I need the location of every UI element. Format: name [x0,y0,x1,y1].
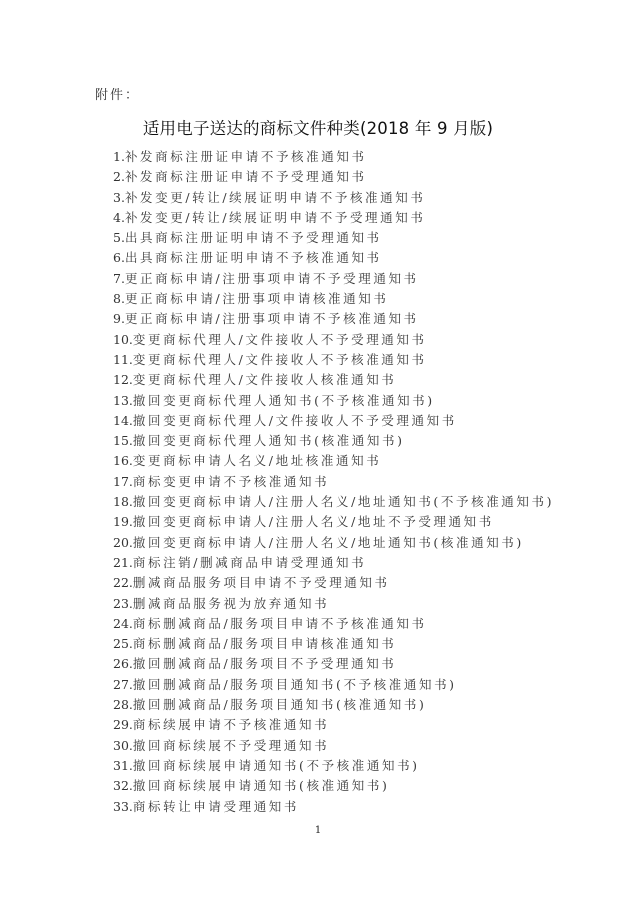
list-item: 27.撤回删减商品/服务项目通知书(不予核准通知书) [113,675,554,695]
item-number: 26. [113,656,133,671]
list-item: 2.补发商标注册证申请不予受理通知书 [113,167,554,187]
list-item: 5.出具商标注册证明申请不予受理通知书 [113,228,554,248]
list-item: 20.撤回变更商标申请人/注册人名义/地址通知书(核准通知书) [113,533,554,553]
item-text: 补发商标注册证申请不予核准通知书 [125,149,367,164]
item-text: 撤回变更商标代理人通知书(核准通知书) [133,433,405,448]
item-text: 撤回变更商标申请人/注册人名义/地址通知书(核准通知书) [133,535,524,550]
item-number: 17. [113,474,133,489]
item-number: 2. [113,169,125,184]
item-text: 删减商品服务项目申请不予受理通知书 [133,575,390,590]
list-item: 22.删减商品服务项目申请不予受理通知书 [113,573,554,593]
item-text: 撤回删减商品/服务项目通知书(不予核准通知书) [133,677,457,692]
item-text: 更正商标申请/注册事项申请核准通知书 [125,291,389,306]
item-text: 撤回变更商标申请人/注册人名义/地址通知书(不予核准通知书) [133,494,554,509]
item-number: 6. [113,250,125,265]
item-number: 11. [113,352,133,367]
item-text: 商标删减商品/服务项目申请核准通知书 [133,636,397,651]
item-number: 4. [113,210,125,225]
page-number: 1 [0,825,636,836]
item-number: 19. [113,514,133,529]
list-item: 7.更正商标申请/注册事项申请不予受理通知书 [113,269,554,289]
list-item: 17.商标变更申请不予核准通知书 [113,472,554,492]
item-number: 22. [113,575,133,590]
item-text: 撤回商标续展不予受理通知书 [133,738,329,753]
item-text: 撤回变更商标代理人/文件接收人不予受理通知书 [133,413,457,428]
item-text: 撤回商标续展申请通知书(核准通知书) [133,778,390,793]
item-number: 33. [113,799,133,814]
item-text: 删减商品服务视为放弃通知书 [133,596,329,611]
item-number: 15. [113,433,133,448]
item-number: 30. [113,738,133,753]
list-item: 19.撤回变更商标申请人/注册人名义/地址不予受理通知书 [113,512,554,532]
list-item: 1.补发商标注册证申请不予核准通知书 [113,147,554,167]
item-text: 补发变更/转让/续展证明申请不予受理通知书 [125,210,426,225]
list-item: 9.更正商标申请/注册事项申请不予核准通知书 [113,309,554,329]
item-text: 撤回变更商标代理人通知书(不予核准通知书) [133,393,435,408]
list-item: 16.变更商标申请人名义/地址核准通知书 [113,451,554,471]
item-text: 商标变更申请不予核准通知书 [133,474,329,489]
item-number: 9. [113,311,125,326]
item-text: 更正商标申请/注册事项申请不予核准通知书 [125,311,419,326]
list-item: 33.商标转让申请受理通知书 [113,797,554,817]
item-number: 10. [113,332,133,347]
item-text: 补发变更/转让/续展证明申请不予核准通知书 [125,190,426,205]
list-item: 11.变更商标代理人/文件接收人不予核准通知书 [113,350,554,370]
item-number: 27. [113,677,133,692]
list-item: 18.撤回变更商标申请人/注册人名义/地址通知书(不予核准通知书) [113,492,554,512]
item-text: 撤回删减商品/服务项目不予受理通知书 [133,656,397,671]
list-item: 23.删减商品服务视为放弃通知书 [113,594,554,614]
item-text: 商标删减商品/服务项目申请不予核准通知书 [133,616,427,631]
list-item: 10.变更商标代理人/文件接收人不予受理通知书 [113,330,554,350]
list-item: 6.出具商标注册证明申请不予核准通知书 [113,248,554,268]
item-number: 29. [113,717,133,732]
attachment-label: 附件： [95,84,140,103]
list-item: 8.更正商标申请/注册事项申请核准通知书 [113,289,554,309]
item-number: 23. [113,596,133,611]
item-number: 25. [113,636,133,651]
item-number: 20. [113,535,133,550]
item-text: 出具商标注册证明申请不予受理通知书 [125,230,382,245]
list-item: 21.商标注销/删减商品申请受理通知书 [113,553,554,573]
item-number: 16. [113,453,133,468]
item-number: 1. [113,149,125,164]
document-type-list: 1.补发商标注册证申请不予核准通知书 2.补发商标注册证申请不予受理通知书 3.… [113,147,554,817]
list-item: 3.补发变更/转让/续展证明申请不予核准通知书 [113,188,554,208]
item-text: 商标转让申请受理通知书 [133,799,299,814]
item-text: 变更商标申请人名义/地址核准通知书 [133,453,381,468]
item-number: 14. [113,413,133,428]
item-text: 商标注销/删减商品申请受理通知书 [133,555,366,570]
list-item: 25.商标删减商品/服务项目申请核准通知书 [113,634,554,654]
item-text: 变更商标代理人/文件接收人不予核准通知书 [133,352,427,367]
item-number: 24. [113,616,133,631]
list-item: 29.商标续展申请不予核准通知书 [113,715,554,735]
item-text: 商标续展申请不予核准通知书 [133,717,329,732]
list-item: 30.撤回商标续展不予受理通知书 [113,736,554,756]
list-item: 15.撤回变更商标代理人通知书(核准通知书) [113,431,554,451]
item-number: 28. [113,697,133,712]
list-item: 32.撤回商标续展申请通知书(核准通知书) [113,776,554,796]
item-number: 7. [113,271,125,286]
item-number: 18. [113,494,133,509]
list-item: 24.商标删减商品/服务项目申请不予核准通知书 [113,614,554,634]
document-title: 适用电子送达的商标文件种类(2018 年 9 月版) [0,115,636,139]
item-number: 3. [113,190,125,205]
item-text: 撤回删减商品/服务项目通知书(核准通知书) [133,697,427,712]
item-number: 13. [113,393,133,408]
list-item: 28.撤回删减商品/服务项目通知书(核准通知书) [113,695,554,715]
list-item: 14.撤回变更商标代理人/文件接收人不予受理通知书 [113,411,554,431]
list-item: 4.补发变更/转让/续展证明申请不予受理通知书 [113,208,554,228]
item-number: 32. [113,778,133,793]
item-number: 5. [113,230,125,245]
item-text: 出具商标注册证明申请不予核准通知书 [125,250,382,265]
item-number: 8. [113,291,125,306]
list-item: 13.撤回变更商标代理人通知书(不予核准通知书) [113,391,554,411]
item-number: 21. [113,555,133,570]
list-item: 12.变更商标代理人/文件接收人核准通知书 [113,370,554,390]
item-text: 补发商标注册证申请不予受理通知书 [125,169,367,184]
document-page: 附件： 适用电子送达的商标文件种类(2018 年 9 月版) 1.补发商标注册证… [0,0,636,900]
item-text: 更正商标申请/注册事项申请不予受理通知书 [125,271,419,286]
list-item: 26.撤回删减商品/服务项目不予受理通知书 [113,654,554,674]
item-number: 12. [113,372,133,387]
list-item: 31.撤回商标续展申请通知书(不予核准通知书) [113,756,554,776]
item-text: 撤回商标续展申请通知书(不予核准通知书) [133,758,420,773]
item-text: 变更商标代理人/文件接收人不予受理通知书 [133,332,427,347]
item-text: 变更商标代理人/文件接收人核准通知书 [133,372,397,387]
item-number: 31. [113,758,133,773]
item-text: 撤回变更商标申请人/注册人名义/地址不予受理通知书 [133,514,494,529]
